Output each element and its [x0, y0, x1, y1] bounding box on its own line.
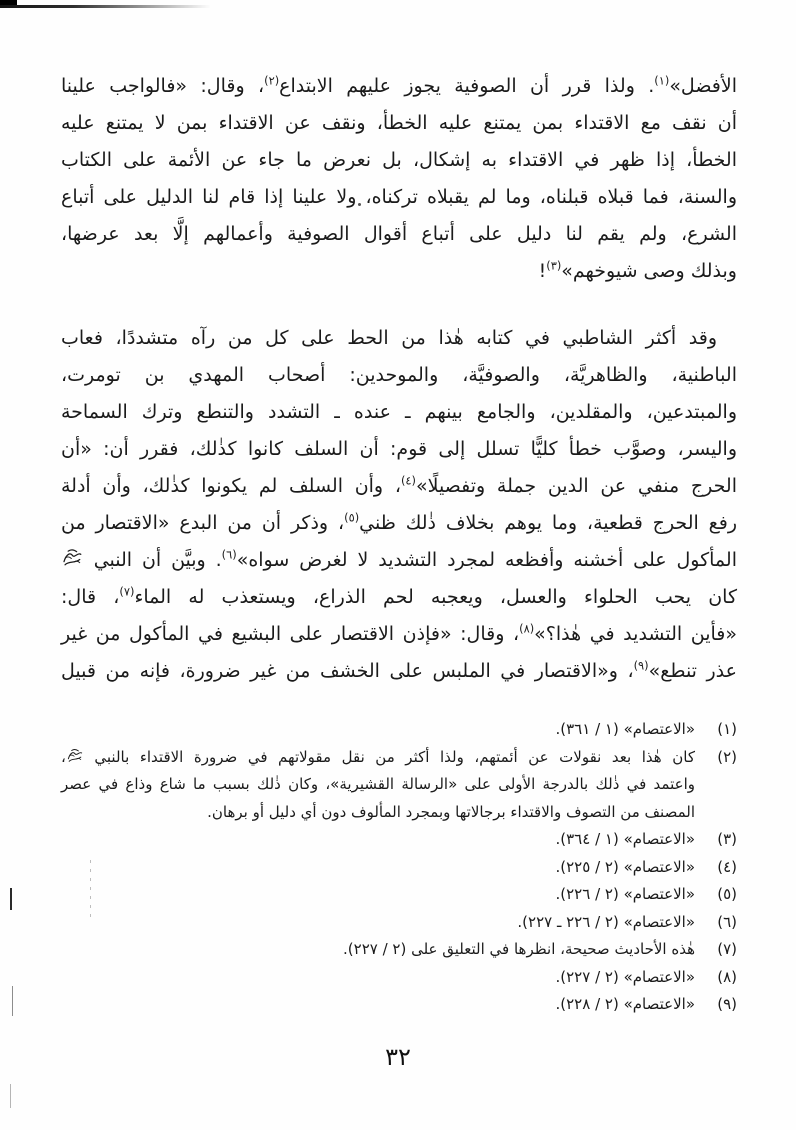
footnote-reference: (٧) [119, 585, 134, 599]
text-line: الشرع، ولم يقم لنا دليل على أتباع أقوال … [61, 216, 737, 253]
scanned-book-page: الأفضل»(١). ولذا قرر أن الصوفية يجوز علي… [0, 0, 796, 1130]
footnote-reference: (٩) [634, 659, 649, 673]
footnote-text: «الاعتصام» (١ / ٣٦٤). [61, 826, 695, 854]
text-line: أن نقف مع الاقتداء بمن يمتنع عليه الخطأ،… [61, 105, 737, 142]
footnote-item: (٨)«الاعتصام» (٢ / ٢٢٧). [61, 964, 737, 992]
footnote-line: كان هٰذا بعد نقولات عن أئمتهم، ولذا أكثر… [61, 744, 695, 772]
text-line: الباطنية، والظاهريَّة، والصوفيَّة، والمو… [61, 357, 737, 394]
footnote-number: (٢) [695, 744, 737, 827]
footnote-reference: (٢) [264, 74, 279, 88]
footnote-line: واعتمد في ذٰلك بالدرجة الأولى على «الرسا… [61, 771, 695, 799]
footnote-line: «الاعتصام» (٢ / ٢٢٥). [61, 854, 695, 882]
footnote-text: «الاعتصام» (٢ / ٢٢٨). [61, 991, 695, 1019]
footnote-reference: (٥) [344, 511, 359, 525]
footnote-text: «الاعتصام» (٢ / ٢٢٦ ـ ٢٢٧). [61, 909, 695, 937]
footnote-number: (٦) [695, 909, 737, 937]
footnote-reference: (١) [654, 74, 669, 88]
footnote-item: (٩)«الاعتصام» (٢ / ٢٢٨). [61, 991, 737, 1019]
footnote-number: (٨) [695, 964, 737, 992]
footnote-text: «الاعتصام» (٢ / ٢٢٦). [61, 881, 695, 909]
text-line: وقد أكثر الشاطبي في كتابه هٰذا من الحط ع… [61, 320, 737, 357]
footnote-item: (٧)هٰذه الأحاديث صحيحة، انظرها في التعلي… [61, 936, 737, 964]
text-line: الأفضل»(١). ولذا قرر أن الصوفية يجوز علي… [61, 68, 737, 105]
footnote-number: (٤) [695, 854, 737, 882]
text-line: الخطأ، إذا ظهر في الاقتداء به إشكال، بل … [61, 142, 737, 179]
scan-speck-line [10, 1084, 11, 1108]
page-number: ٣٢ [0, 1042, 796, 1072]
footnote-item: (٥)«الاعتصام» (٢ / ٢٢٦). [61, 881, 737, 909]
footnote-line: «الاعتصام» (٢ / ٢٢٧). [61, 964, 695, 992]
text-line: واليسر، وصوَّب خطأ كليًّا تسلل إلى قوم: … [61, 431, 737, 468]
text-line: والمبتدعين، والمقلدين، والجامع بينهم ـ ع… [61, 394, 737, 431]
footnote-reference: (٤) [401, 474, 416, 488]
footnote-line: المصنف من التصوف والاقتداء برجالاتها وبم… [61, 799, 695, 827]
text-line: والسنة، فما قبلاه قبلناه، وما لم يقبلاه … [61, 179, 737, 216]
text-line: المأكول على أخشنه وأفظعه لمجرد التشديد ل… [61, 542, 737, 579]
footnote-item: (٣)«الاعتصام» (١ / ٣٦٤). [61, 826, 737, 854]
footnote-text: كان هٰذا بعد نقولات عن أئمتهم، ولذا أكثر… [61, 744, 695, 827]
main-text: الأفضل»(١). ولذا قرر أن الصوفية يجوز علي… [61, 68, 737, 690]
scan-corner-ink-streak [0, 5, 245, 8]
footnote-text: «الاعتصام» (٢ / ٢٢٥). [61, 854, 695, 882]
footnote-item: (٢)كان هٰذا بعد نقولات عن أئمتهم، ولذا أ… [61, 744, 737, 827]
footnote-number: (٣) [695, 826, 737, 854]
footnote-line: «الاعتصام» (٢ / ٢٢٦). [61, 881, 695, 909]
footnote-number: (٩) [695, 991, 737, 1019]
text-line: كان يحب الحلواء والعسل، ويعجبه لحم الذرا… [61, 579, 737, 616]
scan-edge-line-mark-faint [12, 986, 13, 1016]
footnote-line: «الاعتصام» (١ / ٣٦٤). [61, 826, 695, 854]
footnote-line: «الاعتصام» (١ / ٣٦١). [61, 716, 695, 744]
footnote-item: (١)«الاعتصام» (١ / ٣٦١). [61, 716, 737, 744]
text-line: وبذلك وصى شيوخهم»(٣)! [61, 253, 737, 290]
footnote-number: (٥) [695, 881, 737, 909]
text-line: رفع الحرج قطعية، وما يوهم بخلاف ذٰلك ظني… [61, 505, 737, 542]
footnotes-section: (١)«الاعتصام» (١ / ٣٦١).(٢)كان هٰذا بعد … [61, 716, 737, 1019]
scan-edge-line-mark [10, 888, 12, 910]
paragraph: الأفضل»(١). ولذا قرر أن الصوفية يجوز علي… [61, 68, 737, 290]
footnote-item: (٤)«الاعتصام» (٢ / ٢٢٥). [61, 854, 737, 882]
text-line: عذر تنطع»(٩)، و«الاقتصار في الملبس على ا… [61, 653, 737, 690]
footnote-text: «الاعتصام» (١ / ٣٦١). [61, 716, 695, 744]
paragraph: وقد أكثر الشاطبي في كتابه هٰذا من الحط ع… [61, 320, 737, 690]
footnote-line: «الاعتصام» (٢ / ٢٢٦ ـ ٢٢٧). [61, 909, 695, 937]
footnote-reference: (٦) [222, 548, 237, 562]
footnote-line: هٰذه الأحاديث صحيحة، انظرها في التعليق ع… [61, 936, 695, 964]
text-line: «فأين التشديد في هٰذا؟»(٨)، وقال: «فإذن … [61, 616, 737, 653]
footnote-text: «الاعتصام» (٢ / ٢٢٧). [61, 964, 695, 992]
footnote-number: (١) [695, 716, 737, 744]
scan-corner-ink-mark [0, 0, 17, 5]
text-line: الحرج منفي عن الدين جملة وتفصيلًا»(٤)، و… [61, 468, 737, 505]
prophet-salutation-seal-icon [66, 748, 84, 766]
footnote-number: (٧) [695, 936, 737, 964]
footnote-reference: (٨) [519, 622, 534, 636]
footnote-reference: (٣) [546, 259, 561, 273]
footnote-item: (٦)«الاعتصام» (٢ / ٢٢٦ ـ ٢٢٧). [61, 909, 737, 937]
prophet-salutation-seal-icon [61, 549, 84, 571]
footnote-text: هٰذه الأحاديث صحيحة، انظرها في التعليق ع… [61, 936, 695, 964]
footnote-line: «الاعتصام» (٢ / ٢٢٨). [61, 991, 695, 1019]
